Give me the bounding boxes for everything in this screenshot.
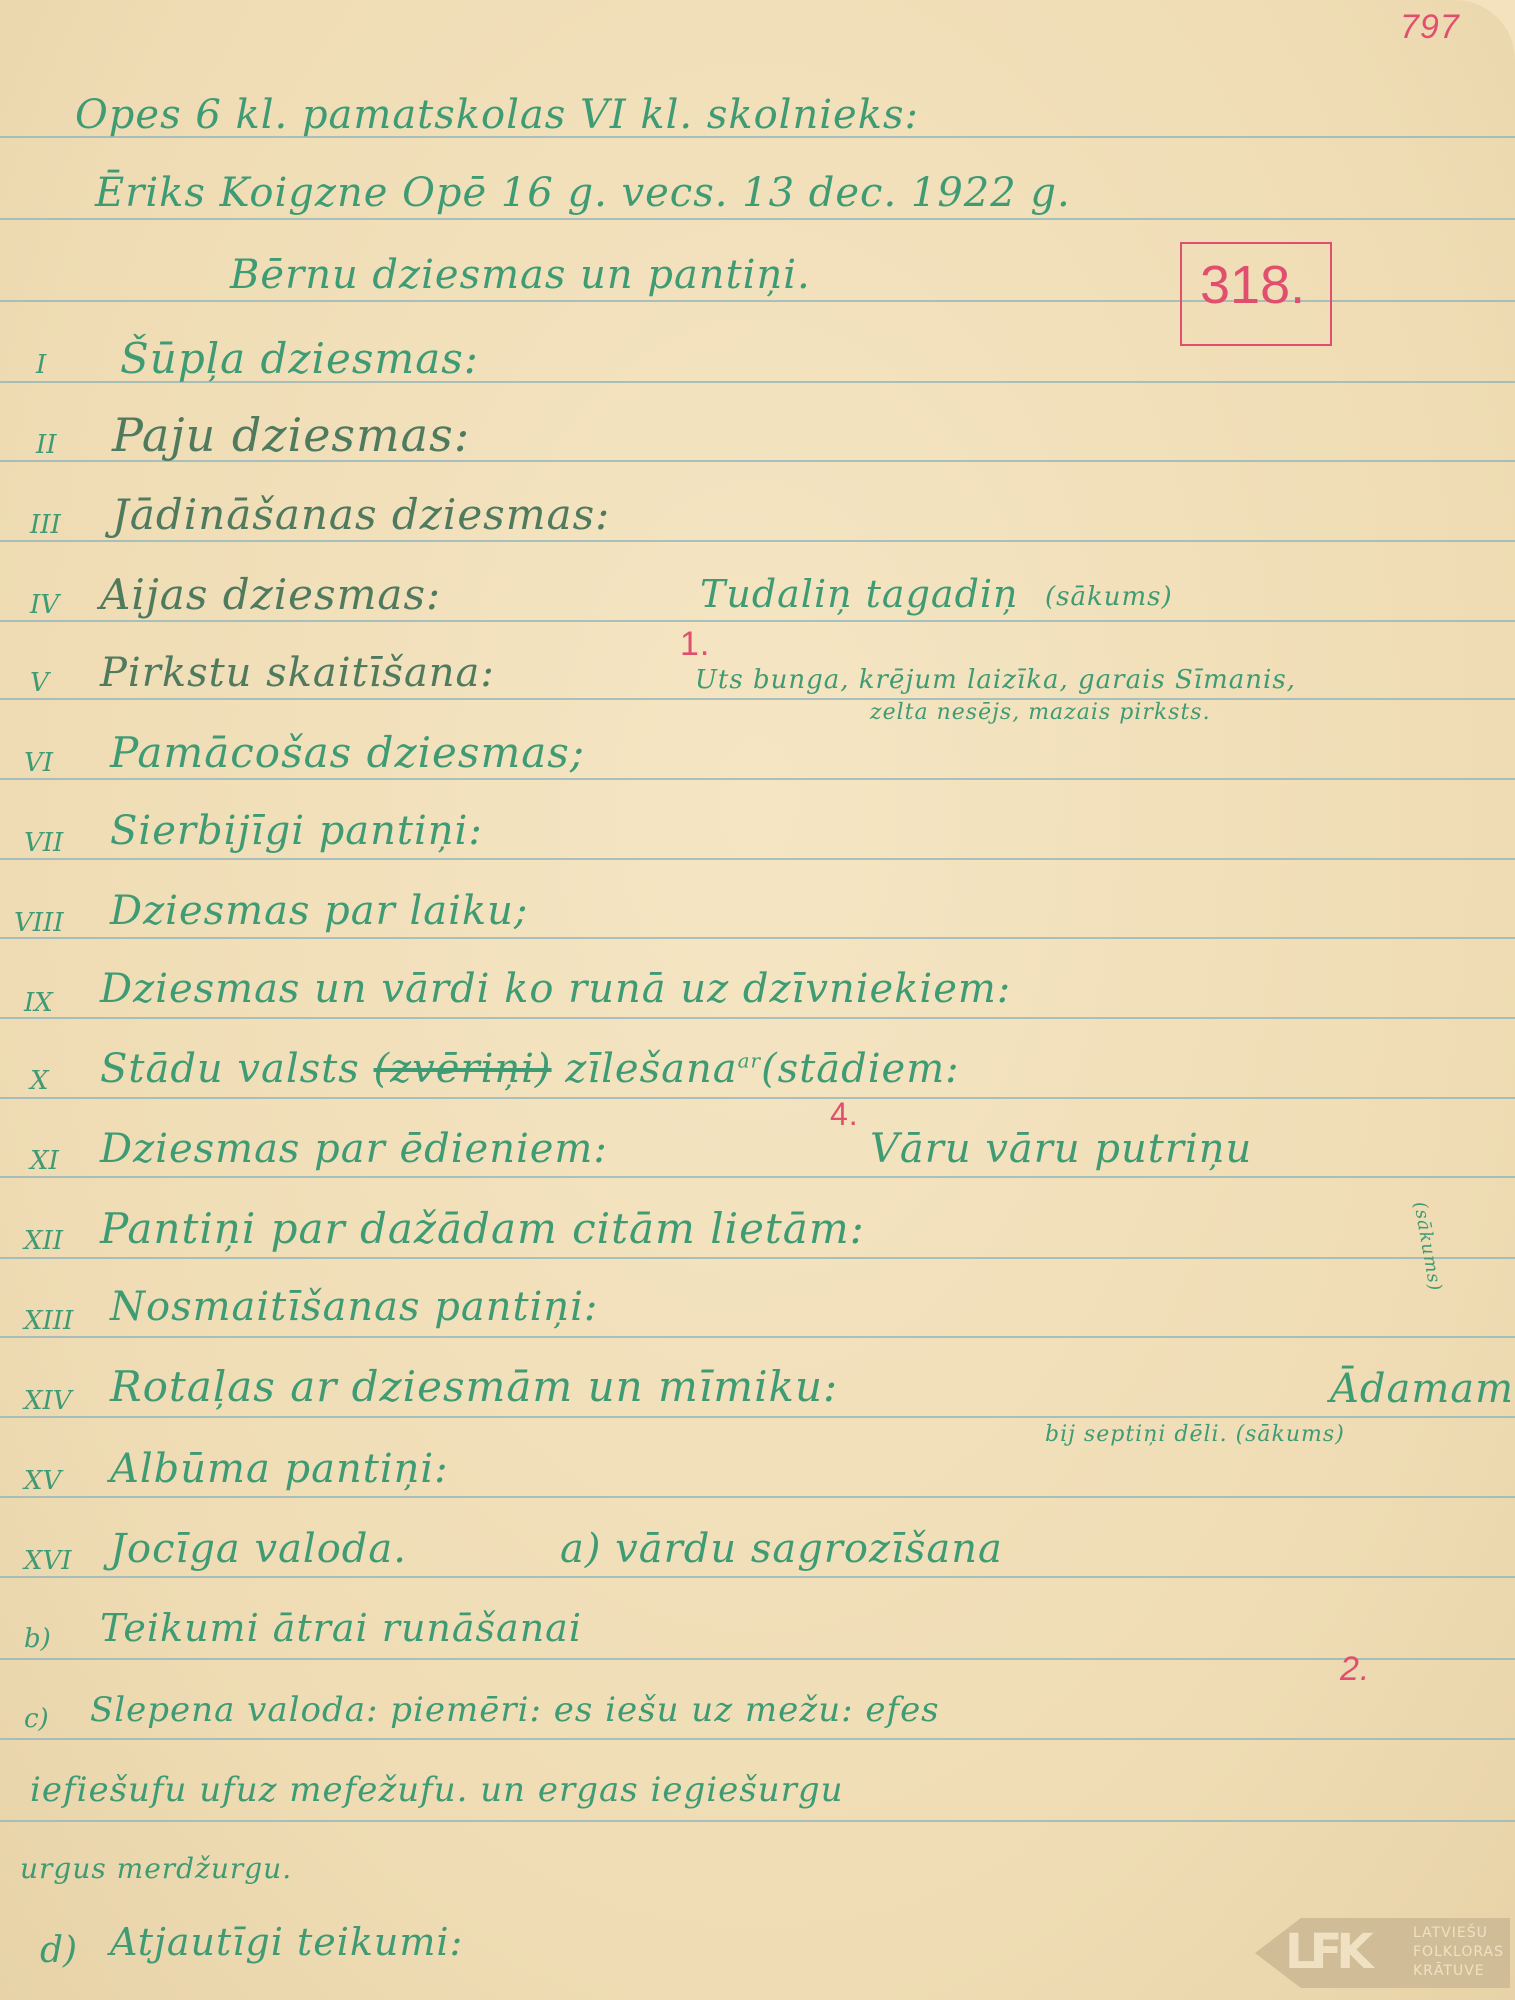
heading-part: Stādu valsts <box>100 1046 360 1092</box>
ruled-line <box>0 1336 1515 1338</box>
section-heading: Jādināšanas dziesmas: <box>112 490 610 539</box>
section-numeral: VIII <box>14 908 64 938</box>
section-numeral: I <box>36 350 46 380</box>
section-note-line2: zelta nesējs, mazais pirksts. <box>870 700 1211 725</box>
section-numeral: X <box>30 1066 49 1096</box>
section-heading: Paju dziesmas: <box>112 408 470 462</box>
section-numeral: II <box>36 430 57 460</box>
section-heading: Jocīga valoda. <box>110 1526 407 1572</box>
section-heading: Albūma pantiņi: <box>110 1446 449 1492</box>
section-heading: Pantiņi par dažādam citām lietām: <box>100 1204 865 1253</box>
section-note-suffix: (sākums) <box>1409 1200 1445 1293</box>
red-mark-2: 2. <box>1340 1650 1370 1689</box>
section-heading: Aijas dziesmas: <box>100 570 441 619</box>
section-note: Tudaliņ tagadiņ <box>700 572 1019 616</box>
section-numeral: IX <box>24 988 53 1018</box>
archive-number: 797 <box>1400 8 1460 47</box>
section-note: Uts bunga, krējum laizīka, garais Sīmani… <box>695 665 1296 695</box>
section-note: a) vārdu sagrozīšana <box>560 1526 1003 1572</box>
ruled-line <box>0 1658 1515 1660</box>
section-note: Vāru vāru putriņu <box>870 1126 1252 1172</box>
section-heading: Dziesmas par ēdieniem: <box>100 1126 608 1172</box>
section-numeral: XIV <box>24 1386 72 1416</box>
section-heading: Stādu valsts (zvēriņi) zīlešanaar(stādie… <box>100 1046 960 1092</box>
logo-line: LATVIEŠU <box>1413 1924 1504 1943</box>
section-note: Ādamam <box>1330 1366 1514 1412</box>
manuscript-page: 797 Opes 6 kl. pamatskolas VI kl. skolni… <box>0 0 1515 2000</box>
ruled-line <box>0 1097 1515 1099</box>
section-numeral: IV <box>30 590 59 620</box>
logo-mark: LFK <box>1285 1924 1368 1980</box>
ruled-line <box>0 1496 1515 1498</box>
ruled-line <box>0 1257 1515 1259</box>
heading-part: (stādiem: <box>761 1046 960 1092</box>
heading-part: zīlešana <box>565 1046 737 1092</box>
section-heading: Pirkstu skaitīšana: <box>100 650 495 696</box>
section-note-line2: bij septiņi dēli. (sākums) <box>1045 1422 1345 1447</box>
section-numeral: XII <box>24 1226 63 1256</box>
ruled-line <box>0 858 1515 860</box>
ruled-line <box>0 1416 1515 1418</box>
lfk-logo: LFK LATVIEŠU FOLKLORAS KRĀTUVE <box>1255 1918 1510 1988</box>
header-school-line: Opes 6 kl. pamatskolas VI kl. skolnieks: <box>75 92 919 138</box>
collection-number: 318. <box>1200 254 1305 316</box>
header-author-line: Ēriks Koigzne Opē 16 g. vecs. 13 dec. 19… <box>95 170 1071 216</box>
ruled-line <box>0 620 1515 622</box>
subitem-marker: c) <box>24 1704 49 1734</box>
section-numeral: VI <box>24 748 53 778</box>
red-mark-1: 1. <box>680 625 710 664</box>
subitem-text: Atjautīgi teikumi: <box>110 1920 463 1964</box>
ruled-line <box>0 778 1515 780</box>
section-heading: Dziesmas un vārdi ko runā uz dzīvniekiem… <box>100 966 1011 1012</box>
section-heading: Pamācošas dziesmas; <box>110 728 585 777</box>
ruled-line <box>0 698 1515 700</box>
ruled-line <box>0 937 1515 939</box>
ruled-line <box>0 1576 1515 1578</box>
subitem-text: Slepena valoda: piemēri: es iešu uz mežu… <box>90 1690 940 1730</box>
section-numeral: VII <box>24 828 63 858</box>
subitem-text-line3: urgus merdžurgu. <box>20 1852 292 1885</box>
ruled-line <box>0 1738 1515 1740</box>
subitem-text: Teikumi ātrai runāšanai <box>100 1606 582 1650</box>
section-numeral: XI <box>30 1146 59 1176</box>
collection-number-box: 318. <box>1180 242 1332 346</box>
section-heading: Nosmaitīšanas pantiņi: <box>110 1284 598 1330</box>
section-numeral: XVI <box>24 1546 72 1576</box>
subitem-text-line2: iefiešufu ufuz mefežufu. un ergas iegieš… <box>30 1770 844 1810</box>
logo-line: KRĀTUVE <box>1413 1962 1504 1981</box>
section-heading: Šūpļa dziesmas: <box>120 334 479 383</box>
struck-text: (zvēriņi) <box>374 1046 552 1092</box>
logo-line: FOLKLORAS <box>1413 1943 1504 1962</box>
subitem-marker: b) <box>24 1624 51 1654</box>
subitem-marker: d) <box>40 1930 77 1971</box>
section-heading: Dziesmas par laiku; <box>110 888 528 934</box>
ruled-line <box>0 1820 1515 1822</box>
ruled-line <box>0 218 1515 220</box>
ruled-line <box>0 1017 1515 1019</box>
section-heading: Rotaļas ar dziesmām un mīmiku: <box>110 1362 838 1411</box>
red-mark-4: 4. <box>830 1096 859 1133</box>
logo-text: LATVIEŠU FOLKLORAS KRĀTUVE <box>1413 1924 1504 1981</box>
ruled-line <box>0 1176 1515 1178</box>
section-numeral: XIII <box>24 1306 73 1336</box>
section-numeral: III <box>30 510 61 540</box>
heading-superscript: ar <box>738 1049 761 1073</box>
header-title: Bērnu dziesmas un pantiņi. <box>230 252 811 298</box>
ruled-line <box>0 540 1515 542</box>
section-numeral: XV <box>24 1466 61 1496</box>
section-numeral: V <box>30 668 49 698</box>
section-note-suffix: (sākums) <box>1045 582 1173 612</box>
section-heading: Sierbijīgi pantiņi: <box>110 808 483 854</box>
